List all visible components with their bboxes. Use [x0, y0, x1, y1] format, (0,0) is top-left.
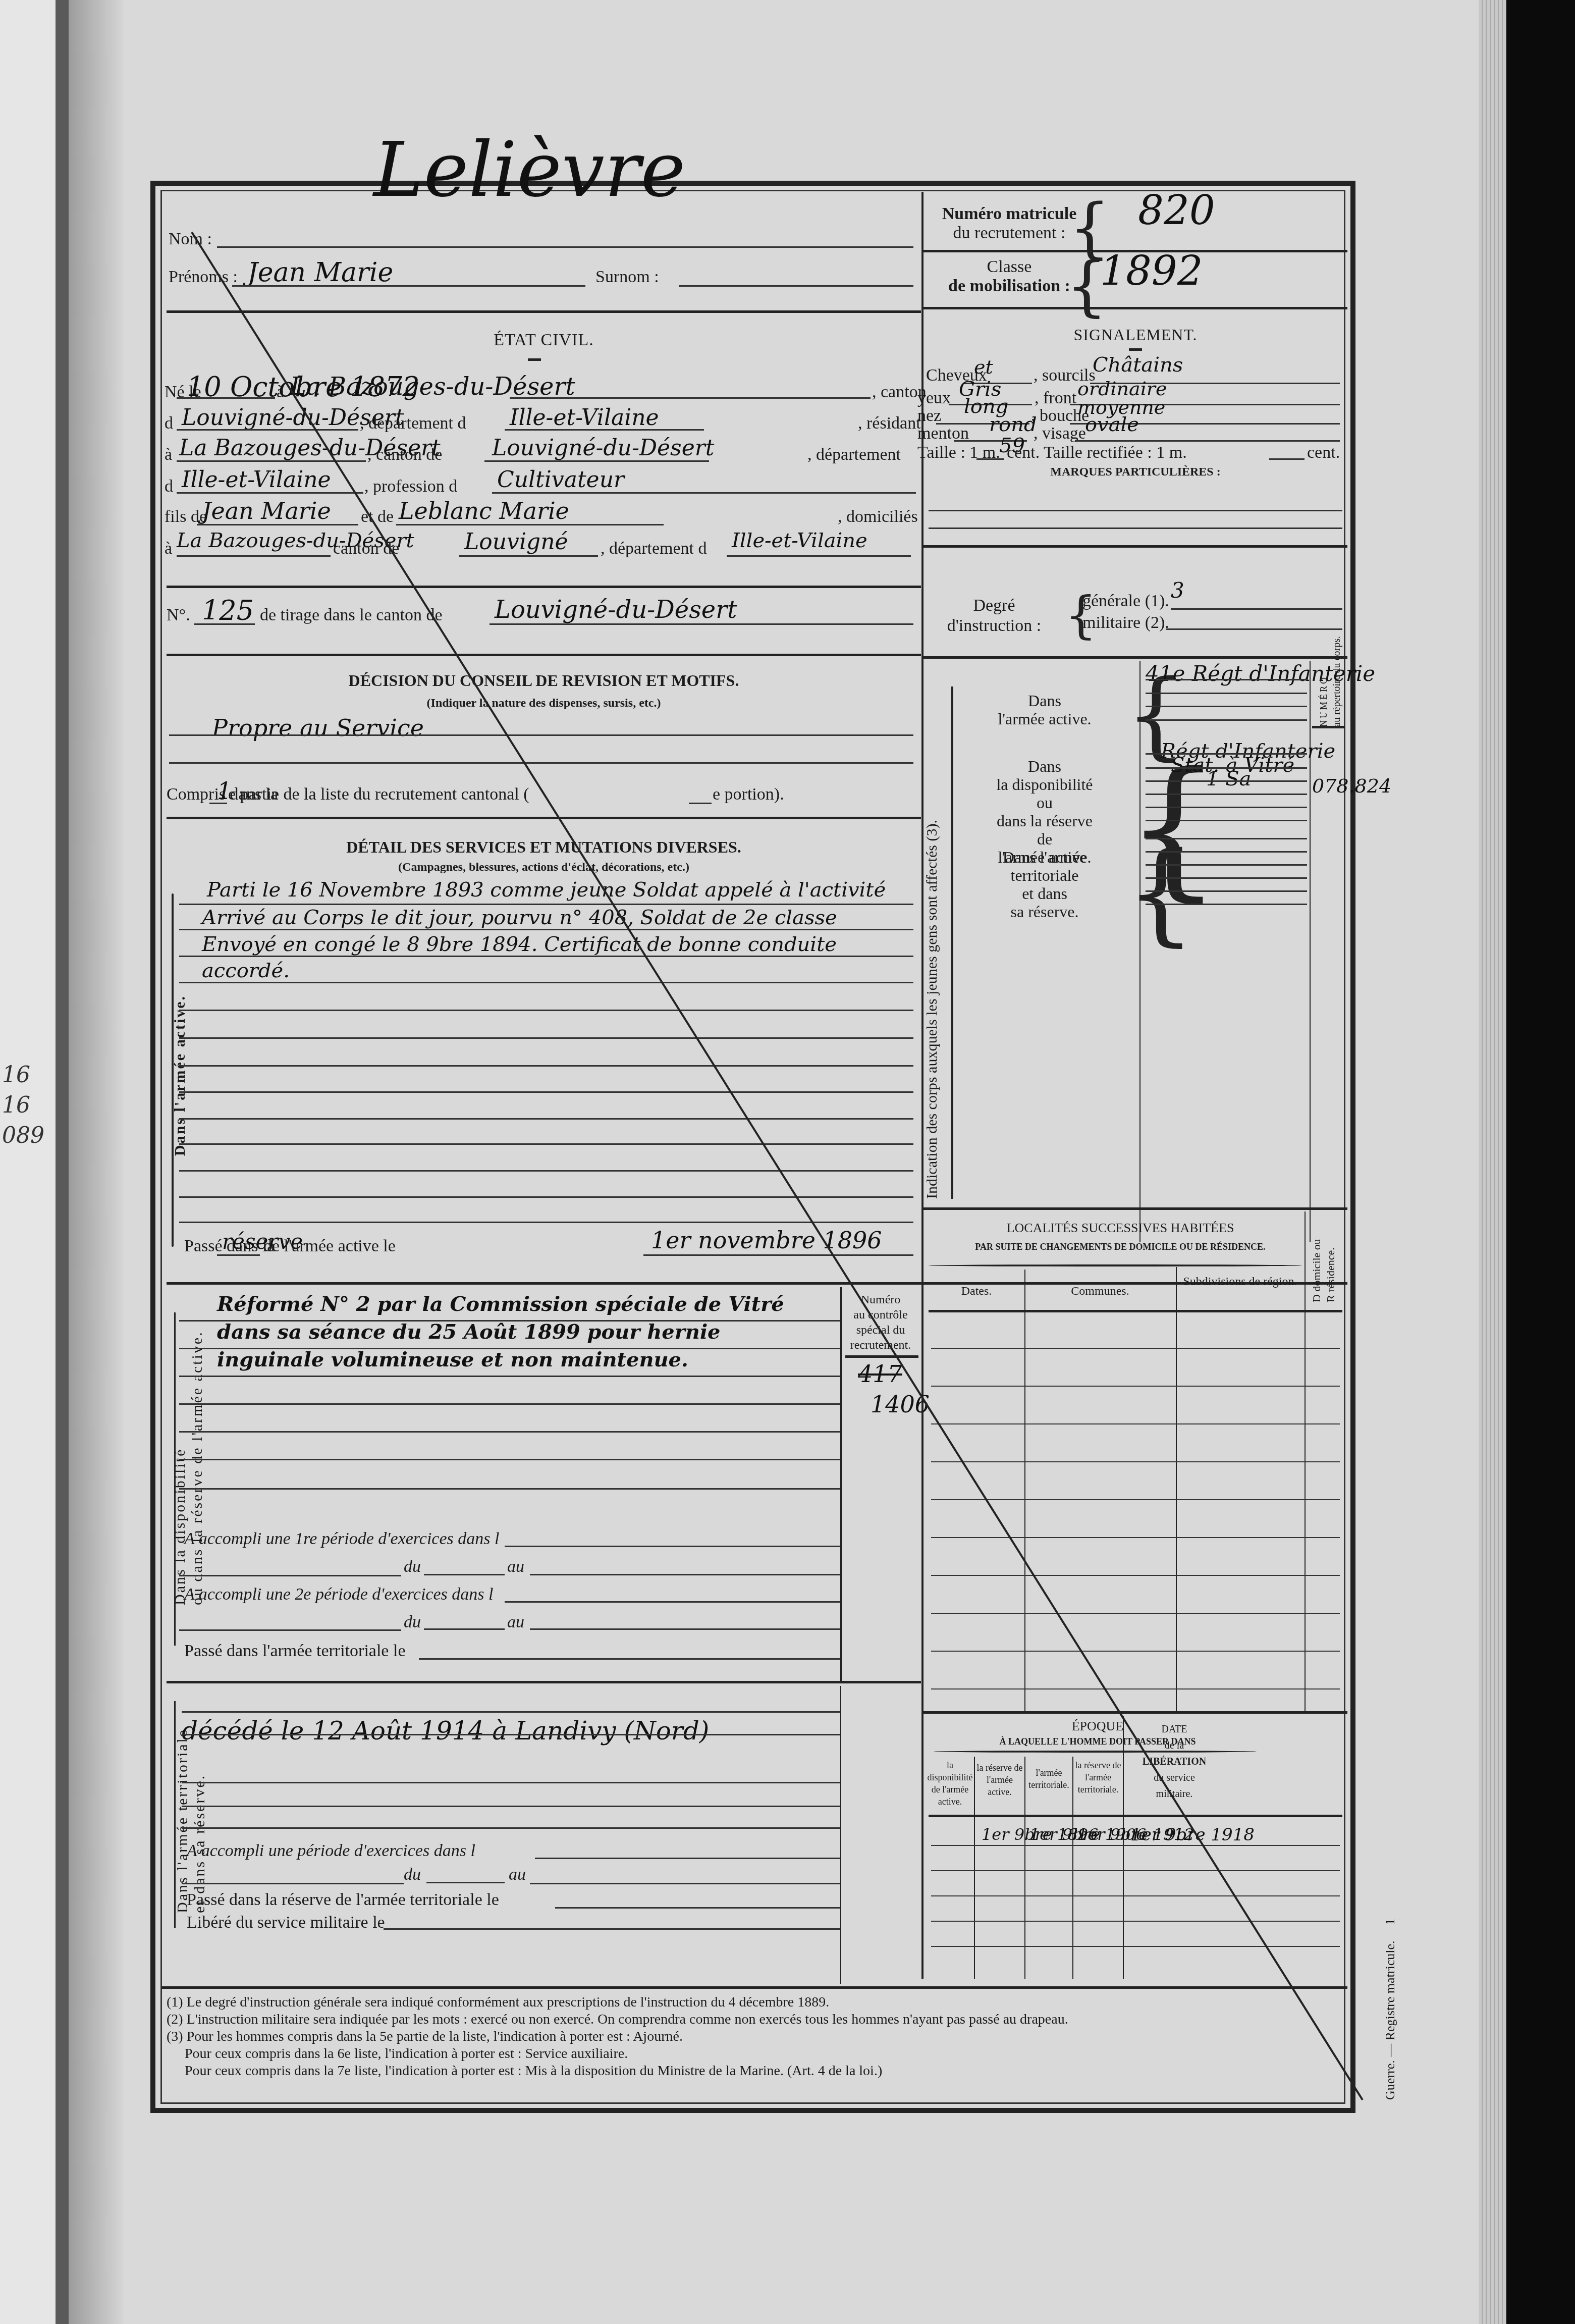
diagonal-cancel-line: [0, 0, 1575, 2324]
